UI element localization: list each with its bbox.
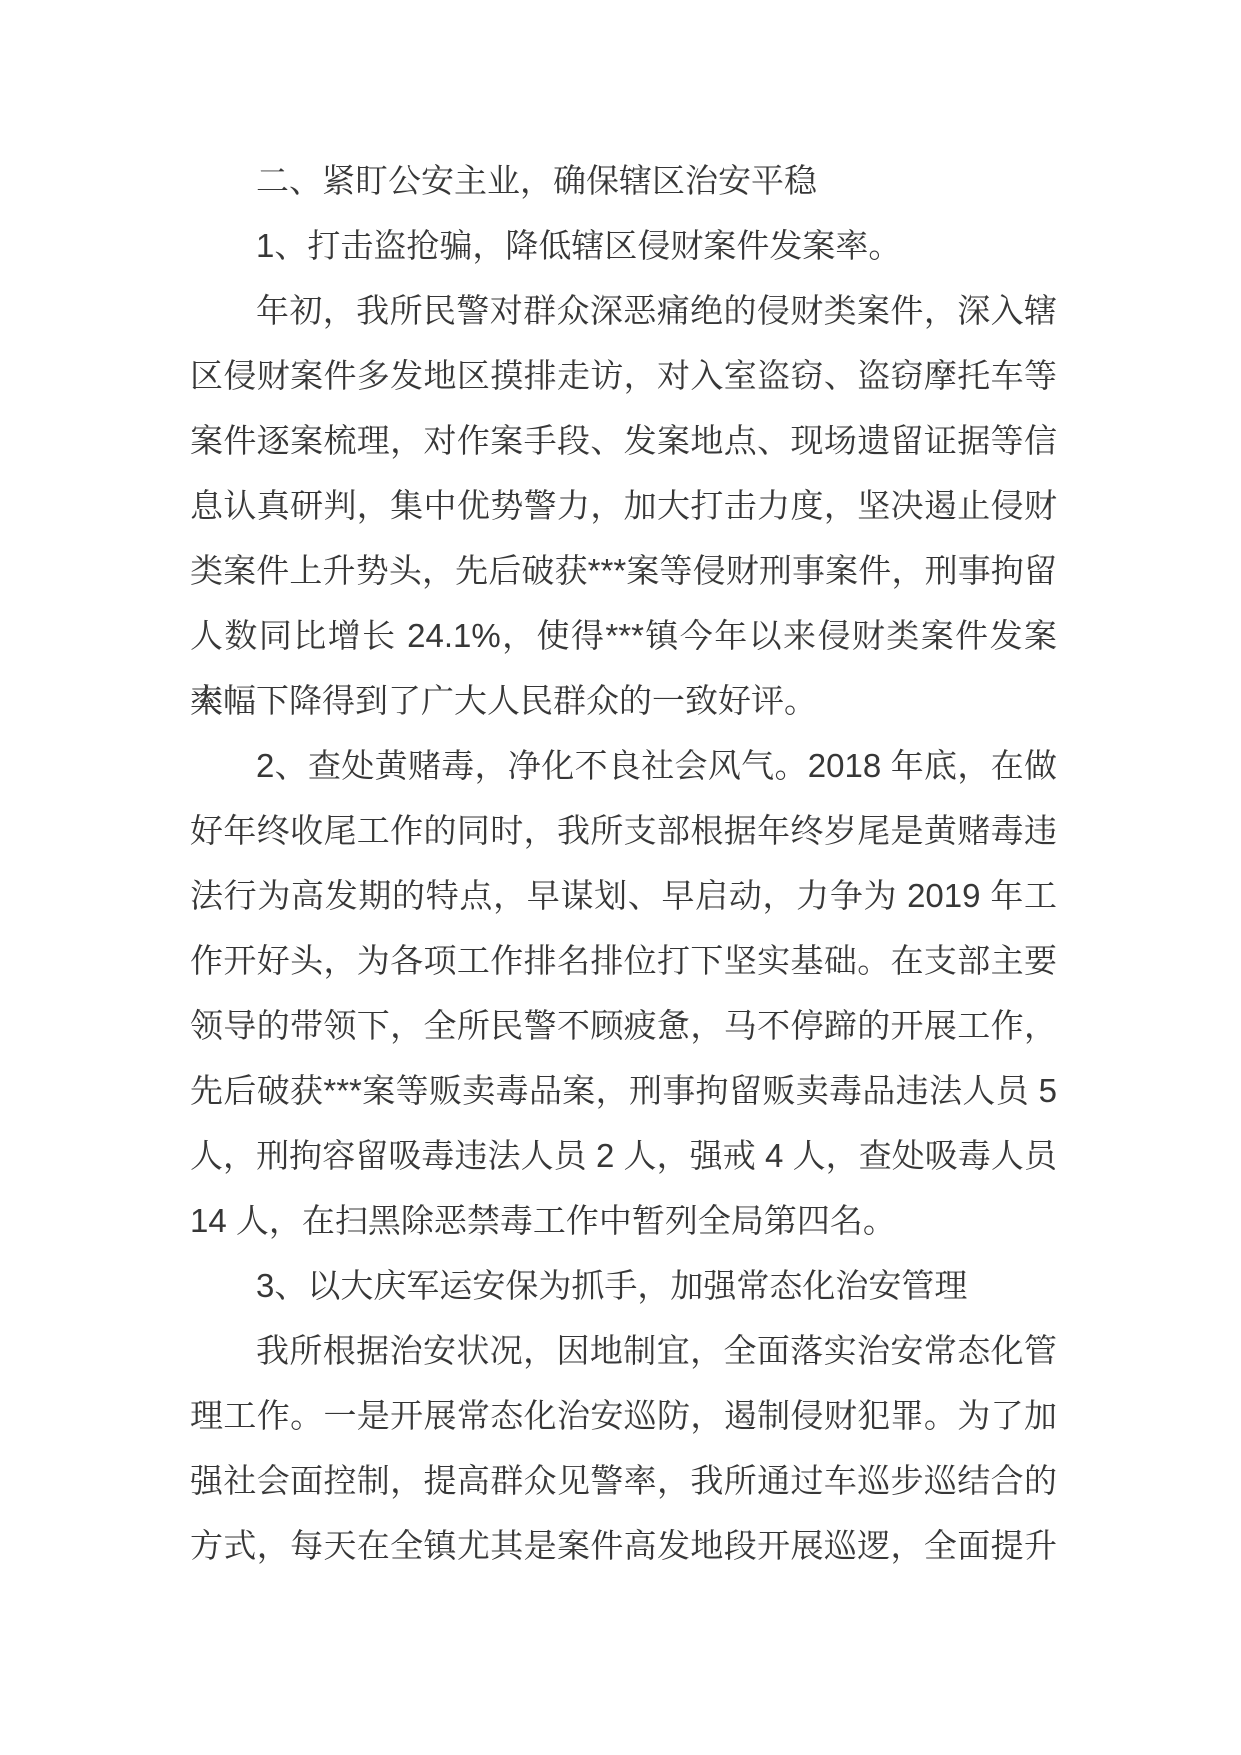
text-line: 人，刑拘容留吸毒违法人员 2 人，强戒 4 人，查处吸毒人员	[190, 1123, 1057, 1188]
text-line: 理工作。一是开展常态化治安巡防，遏制侵财犯罪。为了加	[190, 1383, 1057, 1448]
text-line: 案件逐案梳理，对作案手段、发案地点、现场遗留证据等信	[190, 408, 1057, 473]
text-line: 3、以大庆军运安保为抓手，加强常态化治安管理	[190, 1253, 1057, 1318]
text-line: 法行为高发期的特点，早谋划、早启动，力争为 2019 年工	[190, 863, 1057, 928]
text-line: 2、查处黄赌毒，净化不良社会风气。2018 年底，在做	[190, 733, 1057, 798]
text-line: 类案件上升势头，先后破获***案等侵财刑事案件，刑事拘留	[190, 538, 1057, 603]
text-line: 1、打击盗抢骗，降低辖区侵财案件发案率。	[190, 213, 1057, 278]
text-line: 区侵财案件多发地区摸排走访，对入室盗窃、盗窃摩托车等	[190, 343, 1057, 408]
document-page: 二、紧盯公安主业，确保辖区治安平稳1、打击盗抢骗，降低辖区侵财案件发案率。年初，…	[0, 0, 1241, 1755]
text-line: 方式，每天在全镇尤其是案件高发地段开展巡逻，全面提升	[190, 1513, 1057, 1578]
text-line: 领导的带领下，全所民警不顾疲惫，马不停蹄的开展工作，	[190, 993, 1057, 1058]
text-line: 二、紧盯公安主业，确保辖区治安平稳	[190, 148, 1057, 213]
text-line: 年初，我所民警对群众深恶痛绝的侵财类案件，深入辖	[190, 278, 1057, 343]
text-line: 大幅下降得到了广大人民群众的一致好评。	[190, 668, 1057, 733]
text-line: 先后破获***案等贩卖毒品案，刑事拘留贩卖毒品违法人员 5	[190, 1058, 1057, 1123]
text-line: 好年终收尾工作的同时，我所支部根据年终岁尾是黄赌毒违	[190, 798, 1057, 863]
text-line: 我所根据治安状况，因地制宜，全面落实治安常态化管	[190, 1318, 1057, 1383]
text-line: 强社会面控制，提高群众见警率，我所通过车巡步巡结合的	[190, 1448, 1057, 1513]
text-line: 14 人，在扫黑除恶禁毒工作中暂列全局第四名。	[190, 1188, 1057, 1253]
document-body: 二、紧盯公安主业，确保辖区治安平稳1、打击盗抢骗，降低辖区侵财案件发案率。年初，…	[190, 148, 1057, 1578]
text-line: 息认真研判，集中优势警力，加大打击力度，坚决遏止侵财	[190, 473, 1057, 538]
text-line: 作开好头，为各项工作排名排位打下坚实基础。在支部主要	[190, 928, 1057, 993]
text-line: 人数同比增长 24.1%，使得***镇今年以来侵财类案件发案率	[190, 603, 1057, 668]
